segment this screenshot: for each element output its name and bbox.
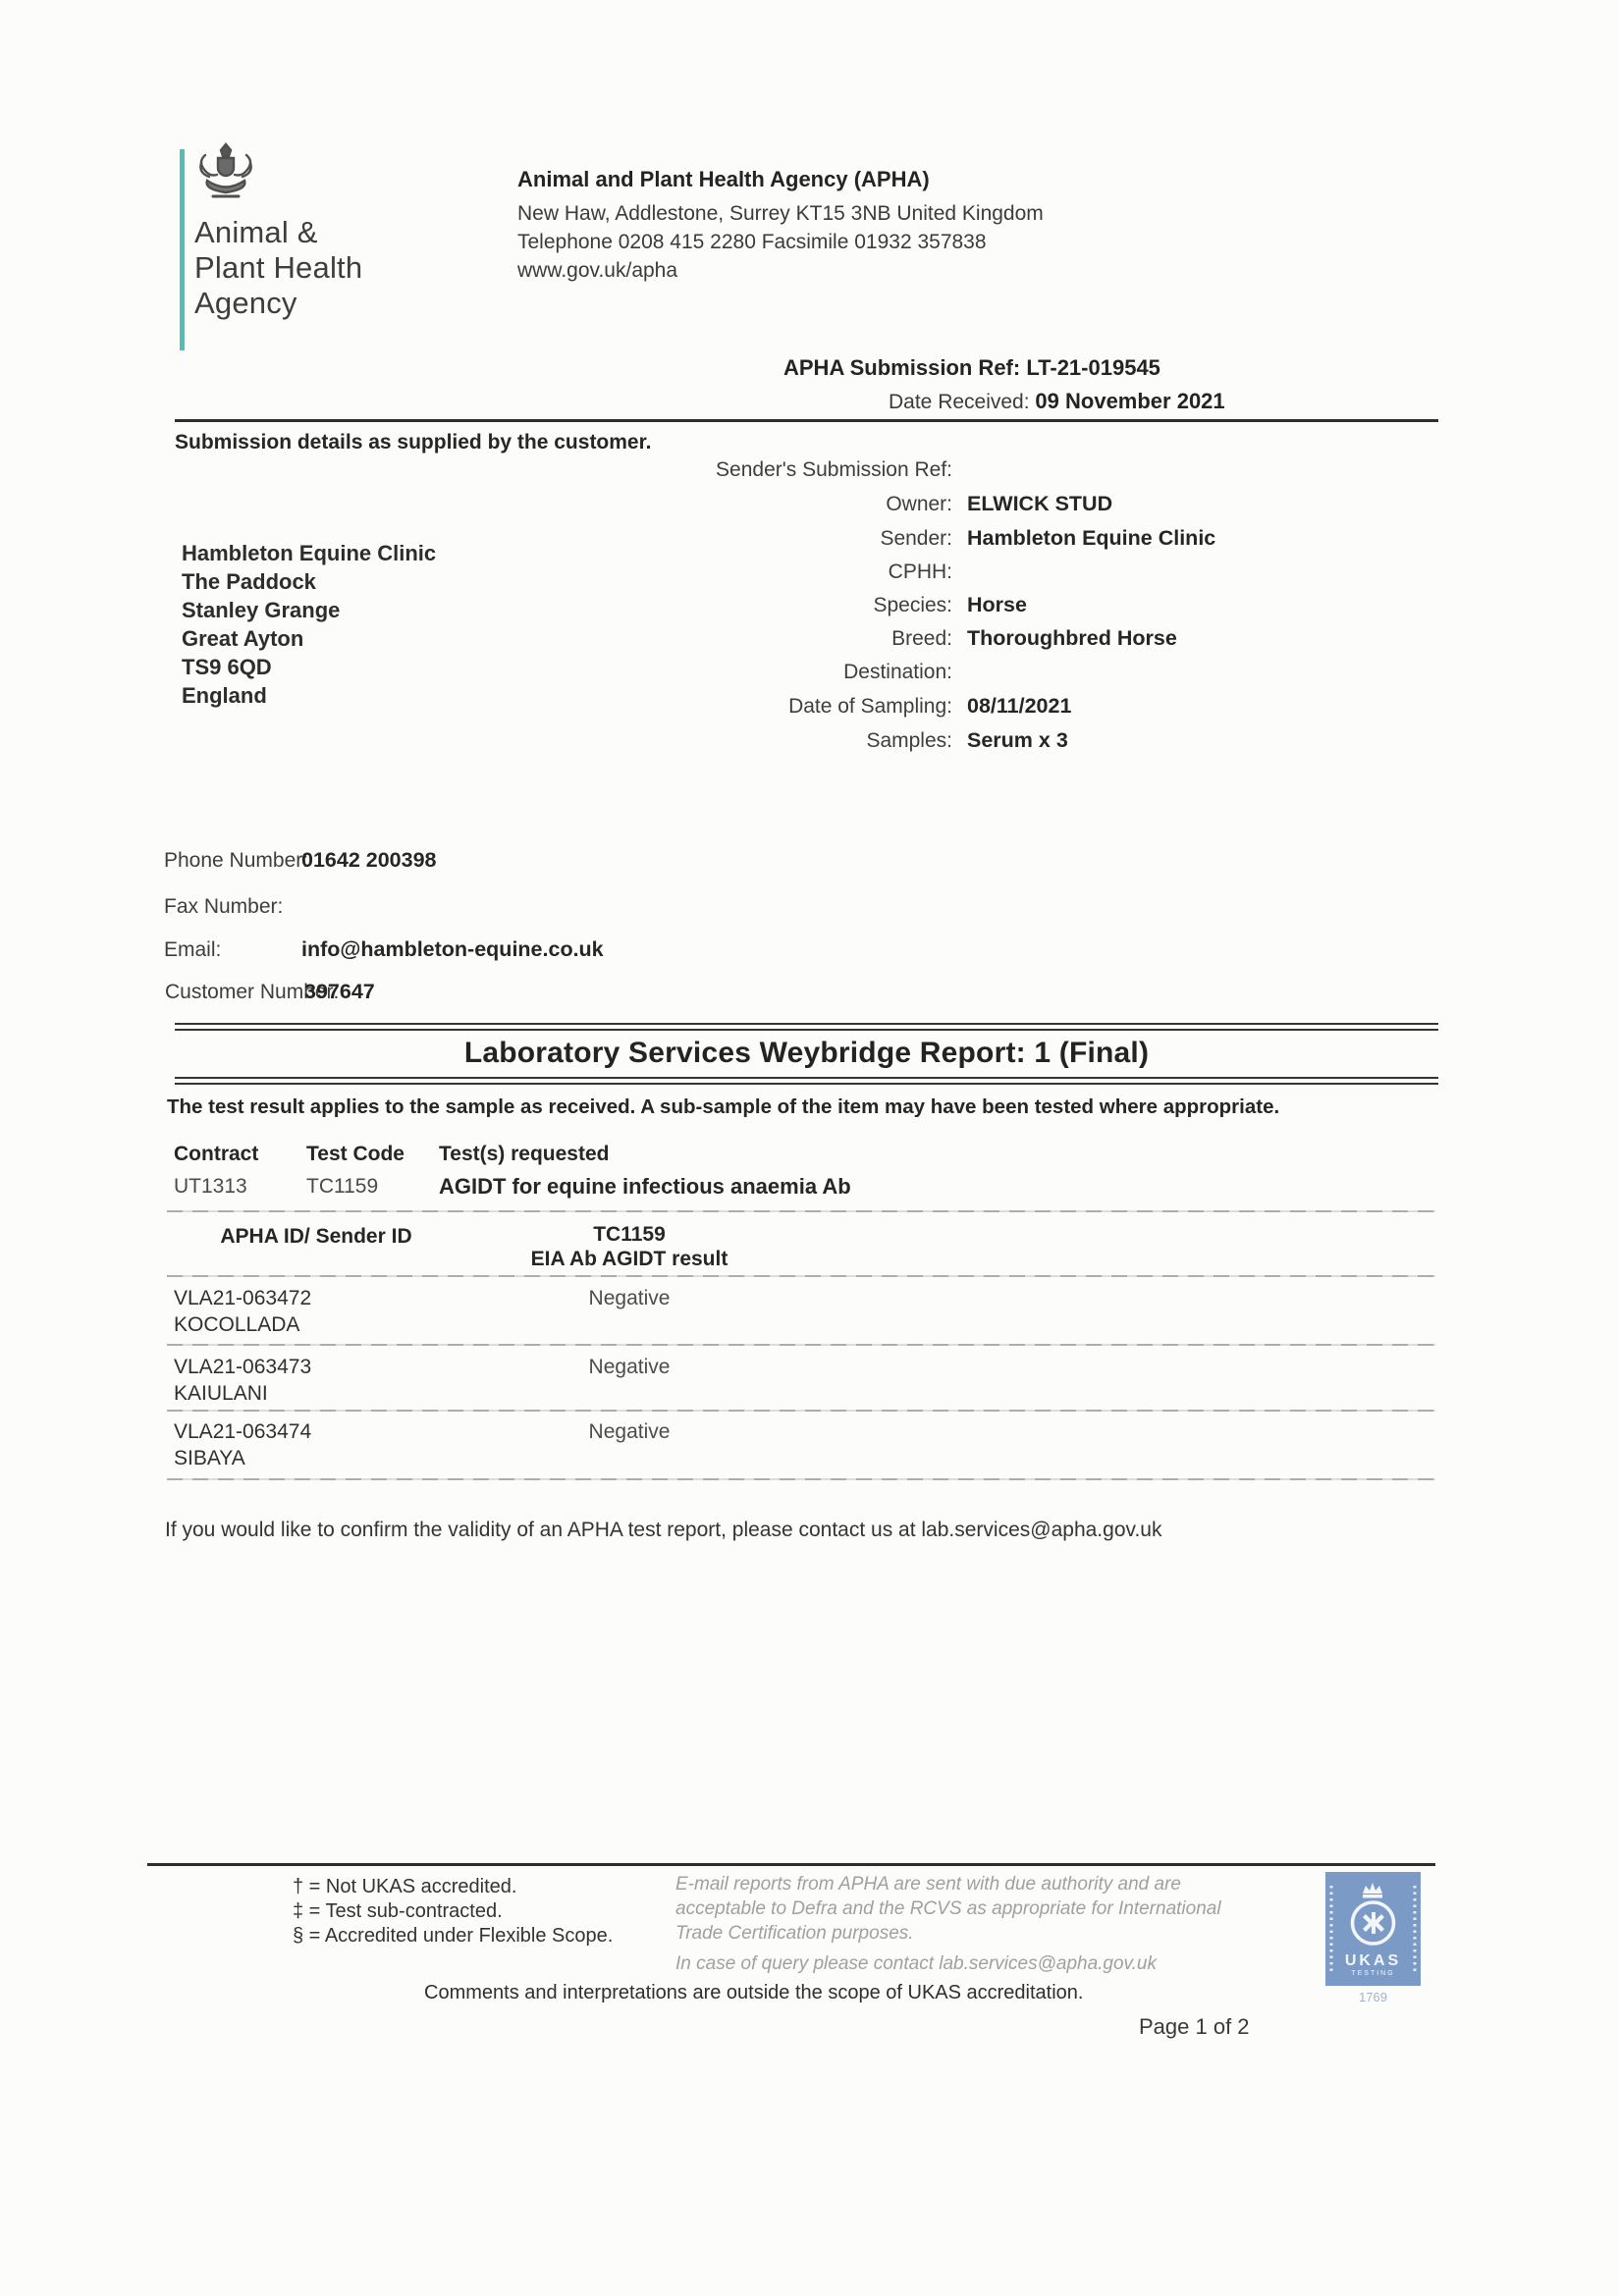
address-line: The Paddock: [182, 567, 436, 596]
phone-number-label: Phone Number:: [164, 849, 308, 873]
apha-submission-ref: APHA Submission Ref: LT-21-019545: [783, 355, 1160, 381]
customer-number-value: 397647: [304, 980, 375, 1004]
svg-text:UKAS: UKAS: [1345, 1952, 1401, 1969]
table-rule: [167, 1275, 1435, 1277]
agency-address: New Haw, Addlestone, Surrey KT15 3NB Uni…: [517, 202, 1044, 226]
test-code-value: TC1159: [306, 1175, 378, 1199]
field-label-senders-submission-ref: Sender's Submission Ref:: [609, 458, 952, 482]
result-value: Negative: [525, 1420, 733, 1444]
col-header-contract: Contract: [174, 1143, 258, 1166]
results-test-code-header: TC1159: [525, 1223, 733, 1247]
address-line: TS9 6QD: [182, 653, 436, 681]
email-authority-note-line3: Trade Certification purposes.: [675, 1923, 914, 1945]
customer-address-block: Hambleton Equine Clinic The Paddock Stan…: [182, 539, 436, 710]
address-line: Hambleton Equine Clinic: [182, 539, 436, 567]
date-received-label: Date Received:: [889, 391, 1030, 413]
svg-text:TESTING: TESTING: [1351, 1970, 1394, 1977]
query-contact-note: In case of query please contact lab.serv…: [675, 1953, 1157, 1975]
address-line: Great Ayton: [182, 624, 436, 653]
report-statement: The test result applies to the sample as…: [167, 1095, 1279, 1119]
address-line: Stanley Grange: [182, 596, 436, 624]
ukas-lab-number: 1769: [1325, 1990, 1421, 2004]
legend-flexible-scope: § = Accredited under Flexible Scope.: [293, 1925, 613, 1948]
email-authority-note-line1: E-mail reports from APHA are sent with d…: [675, 1874, 1181, 1896]
logo-line-1: Animal &: [194, 215, 362, 250]
field-label-destination: Destination:: [609, 661, 952, 684]
field-label-sender: Sender:: [609, 527, 952, 551]
field-value-species: Horse: [967, 593, 1027, 617]
agency-phone-fax: Telephone 0208 415 2280 Facsimile 01932 …: [517, 231, 987, 254]
sender-id: KAIULANI: [174, 1382, 268, 1406]
ukas-scope-note: Comments and interpretations are outside…: [424, 1982, 1083, 2004]
test-requested-value: AGIDT for equine infectious anaemia Ab: [439, 1174, 851, 1200]
report-banner-bottom-rule: [175, 1077, 1438, 1085]
field-value-sender: Hambleton Equine Clinic: [967, 526, 1215, 551]
apha-id: VLA21-063474: [174, 1420, 311, 1444]
apha-id: VLA21-063472: [174, 1287, 311, 1310]
col-header-test-code: Test Code: [306, 1143, 404, 1166]
report-banner-top-rule: [175, 1023, 1438, 1031]
legend-not-ukas: † = Not UKAS accredited.: [293, 1876, 516, 1898]
field-value-owner: ELWICK STUD: [967, 492, 1112, 516]
field-label-samples: Samples:: [609, 729, 952, 753]
col-header-tests-requested: Test(s) requested: [439, 1143, 610, 1166]
apha-submission-ref-value: LT-21-019545: [1026, 355, 1160, 380]
fax-number-label: Fax Number:: [164, 895, 283, 919]
apha-logo-wordmark: Animal & Plant Health Agency: [194, 215, 362, 321]
field-label-owner: Owner:: [609, 493, 952, 516]
result-value: Negative: [525, 1287, 733, 1310]
ukas-accreditation-logo: UKAS TESTING: [1325, 1872, 1421, 1986]
contract-value: UT1313: [174, 1175, 247, 1199]
date-received: Date Received: 09 November 2021: [889, 389, 1225, 414]
validity-note: If you would like to confirm the validit…: [165, 1519, 1161, 1542]
apha-id: VLA21-063473: [174, 1356, 311, 1379]
footer-divider: [147, 1863, 1435, 1866]
results-test-name-header: EIA Ab AGIDT result: [525, 1248, 733, 1271]
results-id-header: APHA ID/ Sender ID: [193, 1225, 439, 1249]
agency-title: Animal and Plant Health Agency (APHA): [517, 167, 930, 192]
ukas-logo-icon: UKAS TESTING: [1325, 1872, 1421, 1986]
royal-crest-icon: [193, 141, 258, 214]
email-value: info@hambleton-equine.co.uk: [301, 937, 604, 962]
field-label-date-of-sampling: Date of Sampling:: [609, 695, 952, 719]
result-value: Negative: [525, 1356, 733, 1379]
logo-line-2: Plant Health: [194, 250, 362, 286]
logo-accent-bar: [180, 149, 185, 350]
sender-id: KOCOLLADA: [174, 1313, 299, 1337]
page-number: Page 1 of 2: [1139, 2014, 1250, 2040]
email-authority-note-line2: acceptable to Defra and the RCVS as appr…: [675, 1898, 1221, 1920]
sender-id: SIBAYA: [174, 1447, 245, 1470]
legend-subcontracted: ‡ = Test sub-contracted.: [293, 1900, 503, 1923]
scanned-document-page: { "header": { "logo": { "line1": "Animal…: [0, 0, 1618, 2296]
submission-details-heading: Submission details as supplied by the cu…: [175, 431, 651, 454]
header-divider: [175, 419, 1438, 422]
field-label-cphh: CPHH:: [609, 561, 952, 584]
table-rule: [167, 1344, 1435, 1346]
table-rule: [167, 1410, 1435, 1412]
date-received-value: 09 November 2021: [1035, 389, 1224, 413]
phone-number-value: 01642 200398: [301, 848, 437, 873]
table-rule: [167, 1478, 1435, 1480]
logo-line-3: Agency: [194, 286, 362, 321]
field-label-breed: Breed:: [609, 627, 952, 651]
address-line: England: [182, 681, 436, 710]
email-label: Email:: [164, 938, 221, 962]
field-label-species: Species:: [609, 594, 952, 617]
field-value-samples: Serum x 3: [967, 728, 1068, 753]
apha-submission-ref-label: APHA Submission Ref:: [783, 355, 1020, 380]
field-value-date-of-sampling: 08/11/2021: [967, 694, 1071, 719]
report-title: Laboratory Services Weybridge Report: 1 …: [175, 1037, 1438, 1070]
field-value-breed: Thoroughbred Horse: [967, 626, 1177, 651]
agency-website: www.gov.uk/apha: [517, 259, 677, 283]
table-rule: [167, 1210, 1435, 1212]
